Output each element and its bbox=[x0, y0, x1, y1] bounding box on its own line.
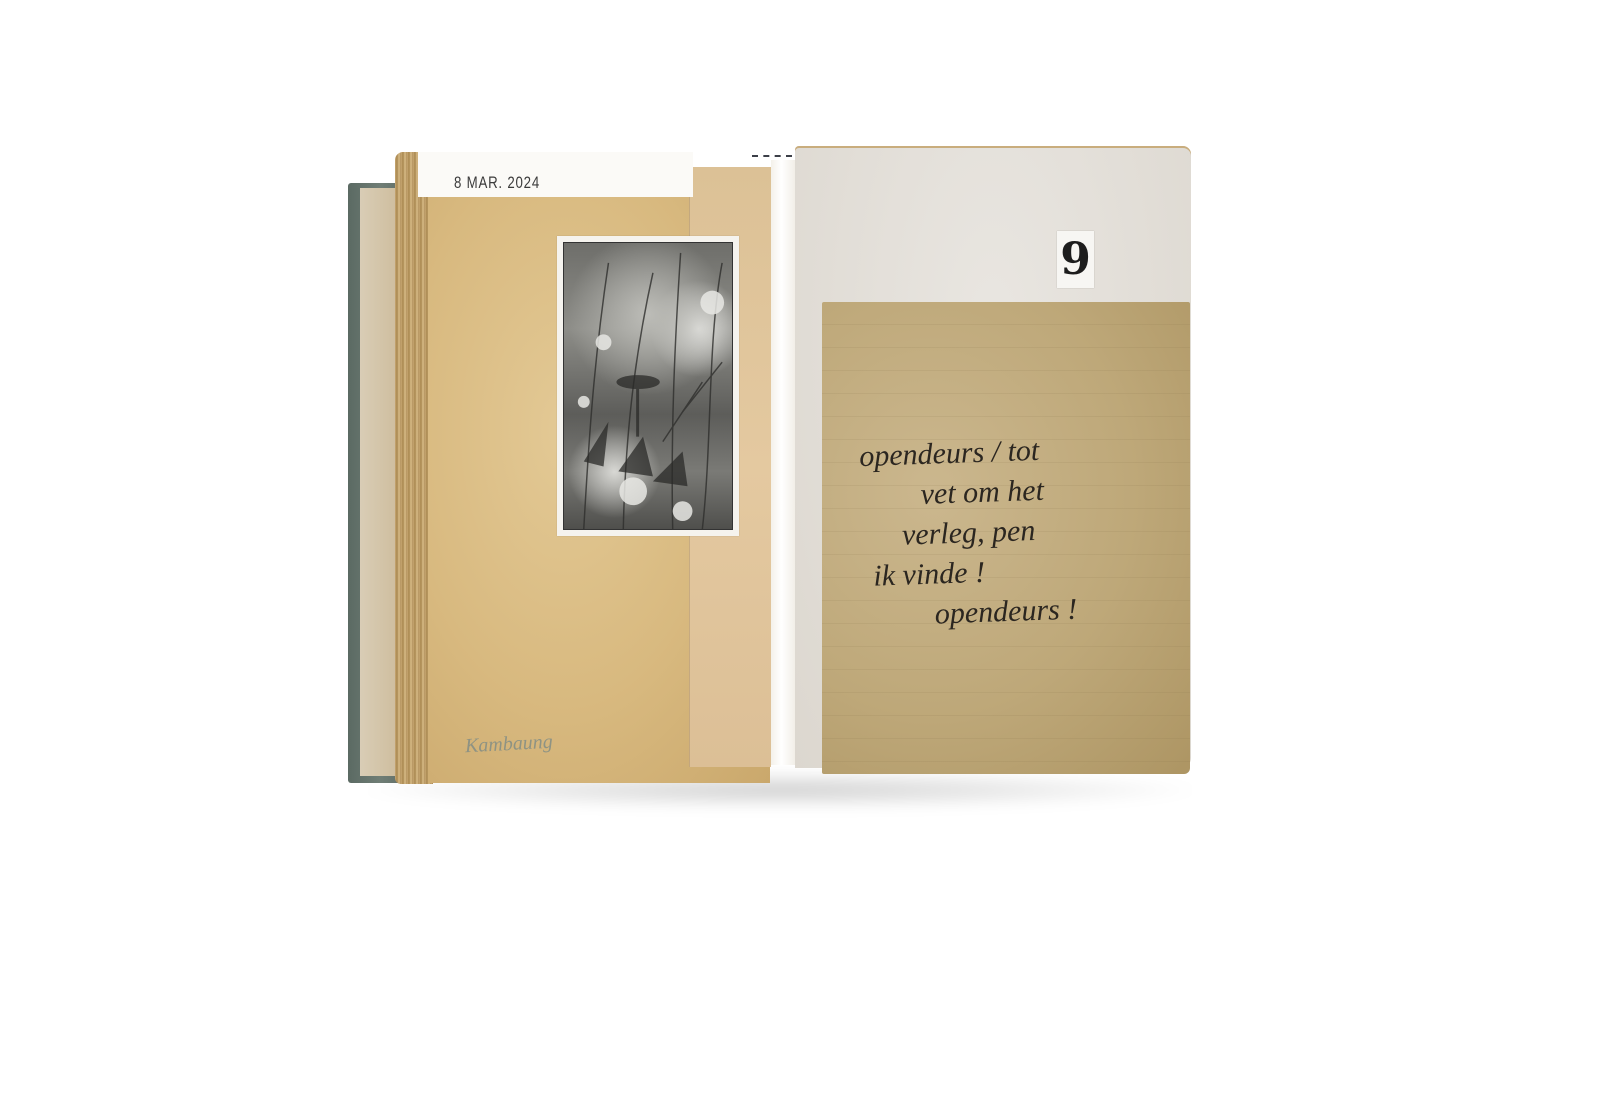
pencil-note: Kambaung bbox=[464, 731, 553, 759]
binding-stitch bbox=[752, 155, 792, 163]
book-gutter bbox=[771, 160, 797, 765]
page-number: 9 bbox=[1057, 231, 1094, 288]
page-number-label: 9 bbox=[1057, 231, 1094, 288]
handwritten-note: opendeurs / tot vet om het verleg, pen i… bbox=[859, 427, 1156, 637]
date-stamp: 8 MAR. 2024 bbox=[454, 173, 540, 193]
jungle-engraving bbox=[557, 236, 739, 536]
journal-photo: 8 MAR. 2024 bbox=[0, 0, 1609, 1107]
engraving-image bbox=[563, 242, 733, 530]
jungle-illustration-icon bbox=[564, 243, 732, 529]
